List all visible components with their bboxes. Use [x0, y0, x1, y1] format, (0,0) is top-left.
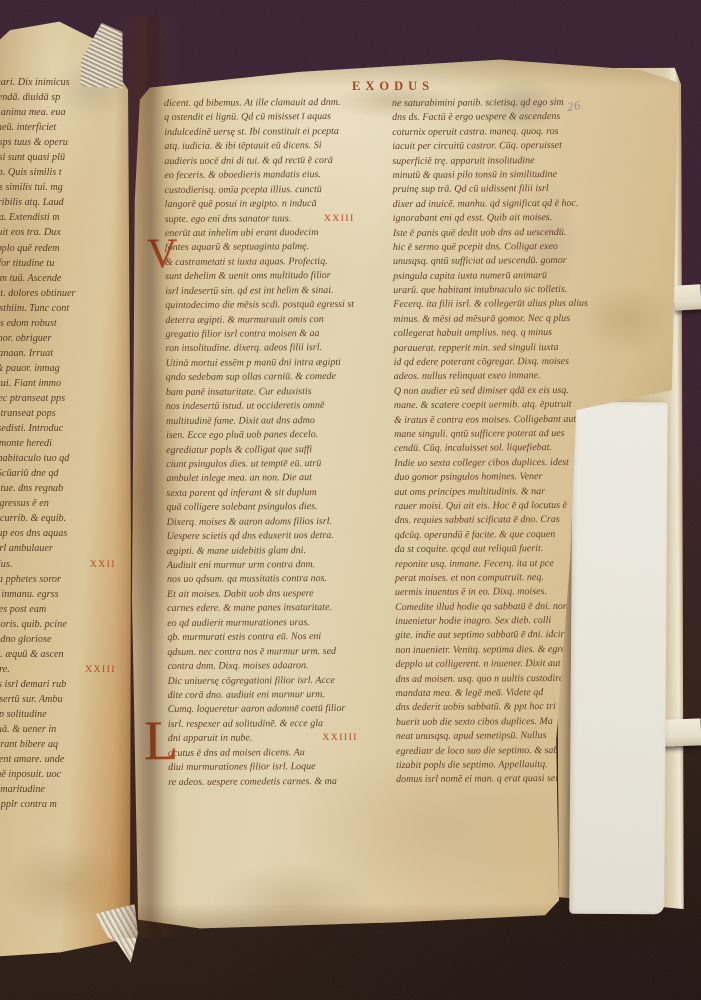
manuscript-text-line: ambulet inlege mea. an non. Die aut — [166, 471, 356, 487]
manuscript-text-line: iacuit per circuitū castror. Cūq. operui… — [392, 139, 572, 154]
manuscript-text-line: ron insolitudine. dixerq. adeos filii is… — [165, 341, 355, 357]
manuscript-text-line: ciunt psingulos dies. ut temptē eū. utrū — [166, 457, 356, 473]
chapter-numeral-rubric: XXIII — [85, 663, 116, 678]
manuscript-text-line: sub mersi sunt quasi plū — [0, 150, 116, 165]
manuscript-text-line: ocutus ē dns ad moisen dicens. Au — [168, 746, 358, 762]
manuscript-text-line: bant aquā. & uener in — [0, 722, 116, 737]
chapter-numeral-rubric: XXIIII — [322, 731, 357, 746]
manuscript-text-line: id qd edere poterant cōgregar. Dixq. moi… — [394, 355, 574, 370]
manuscript-text-line: medio eius. XXII — [0, 557, 116, 572]
manuscript-text-line: aculū scm tuū. Ascende — [0, 271, 116, 286]
manuscript-text-line: ultra. Ingressus ē en — [0, 496, 116, 511]
manuscript-text-line: arao cū currib. & equib. — [0, 511, 116, 526]
manuscript-text-line: deuo rauit eos tra. Dux — [0, 225, 116, 240]
manuscript-text-line: pruinę sup trā. Qd cū uidissent filii is… — [393, 182, 573, 197]
manuscript-text-line: ra. idē amaritudine — [0, 782, 116, 797]
manuscript-text-line: indulcedinē uersę st. Ibi constituit ei … — [164, 125, 354, 141]
manuscript-text-line: dns ds. Factū ē ergo uespere & ascendens — [392, 110, 572, 125]
manuscript-text-line: parauerat. repperit min. sed singuli iux… — [393, 341, 573, 356]
manuscript-text-line: audieris uocē dni di tui. & qd rectū ē c… — [164, 154, 354, 170]
manuscript-text-line: Cumq. loqueretur aaron adomnē coetū fili… — [168, 702, 358, 718]
left-page: medio mari. Dix inimicusæ cō phendā. diu… — [0, 14, 132, 960]
manuscript-text-line: eduxit sup eos dns aquas — [0, 526, 116, 541]
manuscript-text-line: unt indesertū sur. Ambu — [0, 692, 116, 707]
manuscript-text-line: s mulieres post eam — [0, 602, 116, 617]
manuscript-text-line: nec poterant bibere aq — [0, 737, 116, 752]
manuscript-photo: medio mari. Dix inimicusæ cō phendā. diu… — [0, 0, 701, 1000]
manuscript-text-line: unusqsq. qntū sufficiat ad uescendū. gom… — [393, 254, 573, 269]
manuscript-text-line: deterra ægipti. & murmurauit omis con — [165, 312, 355, 328]
bookmark-tab-lower — [662, 718, 701, 746]
manuscript-text-line: ficatus ē. æquū & ascen — [0, 647, 116, 662]
text-column-1: V L dicent. qd bibemus. At ille clamauit… — [164, 96, 358, 790]
manuscript-text-line: superficiē trę. apparuit insolitudine — [392, 153, 572, 168]
manuscript-text-line: quā colligere solebant psingulos dies. — [166, 500, 356, 516]
manuscript-text-line: egrediatur popls & colligat que suffi — [166, 442, 356, 458]
running-title: EXODUS — [352, 79, 434, 94]
manuscript-text-line: tores chanaan. Irruat — [0, 346, 116, 361]
rubric-initial-L: L — [144, 713, 179, 769]
manuscript-text-line: mirabilia. Extendisti m — [0, 210, 116, 225]
manuscript-text-line: dni apparuit in nube. XXIIII — [168, 731, 358, 747]
manuscript-text-line: mandata mea. & legē meā. Videte qd — [396, 686, 576, 701]
manuscript-text-line: Audiuit eni murmur urm contra dnm. — [167, 558, 357, 574]
manuscript-text-line: nos indesertū istud. ut occideretis omnē — [166, 399, 356, 415]
left-page-text-column: medio mari. Dix inimicusæ cō phendā. diu… — [0, 75, 116, 812]
manuscript-text-line: qdcūq. operandū ē facite. & que coquen — [395, 528, 575, 543]
manuscript-text-line: qndo sedebam sup ollas carniū. & comede — [166, 370, 356, 386]
manuscript-text-line: bam panē insaturitate. Cur eduxistis — [166, 385, 356, 401]
manuscript-text-line: hic ē sermo quē pcepit dns. Colligat exe… — [393, 240, 573, 255]
manuscript-text-line: cit inmare. XXIII — [0, 662, 116, 677]
manuscript-text-line: q ostendit ei lignū. Qd cū misisset ī aq… — [164, 110, 354, 126]
manuscript-text-line: irati sunt. dolores obtinuer — [0, 286, 116, 301]
manuscript-text-line: dns ad moisen. usq. quo n uultis custodi… — [396, 672, 576, 687]
manuscript-text-line: minus. & mēsi ad mēsurā gomor. Nec q plu… — [393, 312, 573, 327]
manuscript-text-line: urarū. que habitant intabnaculo sic toll… — [393, 283, 573, 298]
manuscript-text-line: eo feceris. & oboedieris mandatis eius. — [164, 168, 354, 184]
manuscript-text-line: ignorabant eni qd esst. Quib ait moises. — [393, 211, 573, 226]
manuscript-text-line: mania. pplo quē redem — [0, 241, 116, 256]
manuscript-text-line: Iste ē panis quē dedit uob dns ad uescen… — [393, 225, 573, 240]
manuscript-text-line: dne. quis similis tui. mg — [0, 180, 116, 195]
manuscript-text-line: Q non audier eū sed dimiser qdā ex eis u… — [394, 384, 574, 399]
manuscript-text-line: inuenietur hodie inagro. Sex dieb. colli — [395, 614, 575, 629]
manuscript-text-line: b. dieb. p solitudine — [0, 707, 116, 722]
manuscript-text-line: Utinā mortui essēm p manū dni intra ægip… — [166, 356, 356, 372]
manuscript-text-line: ne saturabimini panib. scietisq. qd ego … — [392, 96, 572, 111]
manuscript-text-line: loci nomē inposuit. uoc — [0, 767, 116, 782]
manuscript-text-line: buerit uob die sexto cibos duplices. Ma — [396, 715, 576, 730]
manuscript-text-line: isrl indesertū sin. qd est int helim & s… — [165, 284, 355, 300]
manuscript-text-line: Cantem dno gloriose — [0, 632, 116, 647]
chapter-numeral-rubric: XXIII — [324, 211, 355, 226]
manuscript-text-line: æ cō phendā. diuidā sp — [0, 90, 116, 105]
manuscript-text-line: auit tremor. obriguer — [0, 331, 116, 346]
manuscript-text-line: sti eū infor titudine tu — [0, 256, 116, 271]
manuscript-text-line: tissimo habitaculo tuo qd — [0, 451, 116, 466]
manuscript-text-line: domus isrl nomē ei man. q erat quasi sem… — [396, 772, 576, 787]
manuscript-text-line: cendū. Cūq. incaluisset sol. liquefiebat… — [394, 441, 574, 456]
manuscript-text-line: principes edom robust — [0, 316, 116, 331]
manuscript-text-line: psingula capita iuxta numerū animarū — [393, 269, 573, 284]
manuscript-text-line: vehemtib. Quis similis t — [0, 165, 116, 180]
manuscript-text-line: sunt dehelim & uenit oms multitudo filio… — [165, 269, 355, 285]
manuscript-text-line: qb. murmurati estis contra eū. Nos eni — [167, 630, 357, 646]
manuscript-text-line: tabis in monte heredi — [0, 436, 116, 451]
manuscript-text-line: tizabit popls die septimo. Appellauitq. — [396, 758, 576, 773]
manuscript-text-line: rauer moisi. Qui ait eis. Hoc ē qd locut… — [394, 499, 574, 514]
manuscript-text-line: donec p transeat pops — [0, 406, 116, 421]
text-column-2: ne saturabimini panib. scietisq. qd ego … — [392, 96, 576, 788]
manuscript-text-line: nis & choris. quib. pcine — [0, 617, 116, 632]
manuscript-text-line: re adeos. uespere comedetis carnes. & ma — [168, 774, 358, 790]
manuscript-text-line: dite corā dno. audiuit eni murmur urm. — [168, 688, 358, 704]
manuscript-text-line: egrediatr de loco suo die septimo. & sab… — [396, 743, 576, 758]
page-corner-curl — [77, 21, 134, 94]
manuscript-text-line: atq. iudicia. & ibi tēptauit eū dicens. … — [164, 139, 354, 155]
manuscript-text-line: Comedite illud hodie qa sabbatū ē dni. n… — [395, 600, 575, 615]
manuscript-text-line: nos uo qdsum. qa mussitatis contra nos. — [167, 572, 357, 588]
manuscript-text-line: reponite usq. inmane. Fecerq. ita ut pce — [395, 556, 575, 571]
manuscript-text-line: custodierisq. omīa pcepta illius. cunctū — [165, 182, 355, 198]
manuscript-text-line: plebitur anima mea. eua — [0, 105, 116, 120]
manuscript-text-line: quē possedisti. Introduc — [0, 421, 116, 436]
manuscript-text-line: res philisthiim. Tunc cont — [0, 301, 116, 316]
rubric-initial-V: V — [147, 233, 178, 275]
manuscript-text-line: dns. requies sabbati scificata ē dno. Cr… — [395, 513, 575, 528]
manuscript-text-line: Dixerq. moises & aaron adoms filios isrl… — [167, 515, 357, 531]
manuscript-text-line: dixer ad inuicē. manhu. qd significat qd… — [393, 197, 573, 212]
manuscript-text-line: supte. ego eni dns sanator tuus. XXIII — [165, 211, 355, 227]
manuscript-text-line: Uespere scietis qd dns eduxerit uos detr… — [167, 529, 357, 545]
manuscript-text-line: neat unusqsq. apud semetipsū. Nullus — [396, 729, 576, 744]
manuscript-text-line: Et ait moises. Dabit uob dns uespere — [167, 587, 357, 603]
manuscript-text-line: qdsum. nec contra nos ē murmur urm. sed — [167, 644, 357, 660]
manuscript-text-line: enerūt aut inhelim ubi erant duodecim — [165, 226, 355, 242]
manuscript-text-line: collegerat habuit amplius. neq. q minus — [393, 326, 573, 341]
manuscript-text-line: da st coquite. qcqd aut reliquū fuerit. — [395, 542, 575, 557]
manuscript-text-line: gregatio filior isrl contra moisen & aa — [165, 327, 355, 343]
manuscript-text-line: quintodecimo die mēsis scdi. postquā egr… — [165, 298, 355, 314]
manuscript-text-line: adeos. nullus relinquat exeo inmane. — [394, 369, 574, 384]
manuscript-text-line: it moises isrl demari rub — [0, 677, 116, 692]
manuscript-text-line: isen. Ecce ego pluā uob panes decelo. — [166, 428, 356, 444]
manuscript-text-line: multitudinē fame. Dixit aut dns admo — [166, 413, 356, 429]
manuscript-text-line: langorē quē posui in ægipto. n inducā — [165, 197, 355, 213]
manuscript-text-line: uermis inuentus ē in eo. Dixq. moises. — [395, 585, 575, 600]
manuscript-text-line: contra dnm. Dixq. moises adaaron. — [167, 659, 357, 675]
manuscript-text-line: perat moises. et non computruit. neq. — [395, 571, 575, 586]
manuscript-text-line: r mido & pauor. inmag — [0, 361, 116, 376]
manuscript-text-line: gladiū meū. interficiet — [0, 120, 116, 135]
manuscript-text-line: o qd essent amare. unde — [0, 752, 116, 767]
inserted-bookmark-card — [569, 402, 668, 915]
manuscript-text-line: coturnix operuit castra. maneq. quoq. ro… — [392, 125, 572, 140]
manuscript-text-line: fontes aquarū & septuaginta palmę. — [165, 240, 355, 256]
manuscript-text-line: . Flauit sps tuus & operu — [0, 135, 116, 150]
manuscript-text-line: brachii tui. Fiant immo — [0, 376, 116, 391]
manuscript-text-line: murauit pplr contra m — [0, 797, 116, 812]
manuscript-text-line: go maria pphetes soror — [0, 572, 116, 587]
manuscript-text-line: mane. & scatere coepit uermib. atq. ēput… — [394, 398, 574, 413]
bookmark-tab-upper — [673, 284, 701, 310]
manuscript-text-line: depplo ut colligerent. n inuener. Dixit … — [395, 657, 575, 672]
manuscript-text-line: non inuenietr. Venitq. septima dies. & e… — [395, 643, 575, 658]
manuscript-text-line: eo qd audierit murmurationes uras. — [167, 616, 357, 632]
manuscript-text-line: Fecerq. ita filii isrl. & collegerūt ali… — [393, 297, 573, 312]
manuscript-text-line: es dne. Scūariū dne qd — [0, 466, 116, 481]
chapter-numeral-rubric: XXII — [90, 558, 116, 573]
manuscript-text-line: aut oms principes multitudinis. & nar — [394, 484, 574, 499]
manuscript-text-line: duo gomor psingulos homines. Vener — [394, 470, 574, 485]
manuscript-text-line: diui murmurationes filior isrl. Loque — [168, 760, 358, 776]
manuscript-text-line: mane singuli. qntū sufficere poterat ad … — [394, 427, 574, 442]
manuscript-text-line: Dic uniuersę cōgregationi filior isrl. A… — [168, 673, 358, 689]
manuscript-text-line: & iratus ē contra eos moises. Colligeban… — [394, 412, 574, 427]
manuscript-text-line: gite. indie aut septimo sabbatū ē dni. i… — [395, 628, 575, 643]
manuscript-text-line: mphanū inmanu. egrss — [0, 587, 116, 602]
manuscript-text-line: sexta parent qd inferant & sit duplum — [166, 486, 356, 502]
manuscript-text-line: tate. terribilis atq. Laud — [0, 195, 116, 210]
manuscript-text-line: & castrametati st iuxta aquas. Profectiq… — [165, 255, 355, 271]
manuscript-text-line: dns dederit uobis sabbatū. & ppt hoc tri — [396, 700, 576, 715]
manuscript-text-line: Indie uo sexta colleger cibos duplices. … — [394, 456, 574, 471]
manuscript-text-line: minutū & quasi pilo tonsū in similitudin… — [392, 168, 572, 183]
manuscript-text-line: dicent. qd bibemus. At ille clamauit ad … — [164, 96, 354, 112]
manuscript-text-line: ægipti. & mane uidebitis glam dni. — [167, 543, 357, 559]
manuscript-text-line: lii aut isrl ambulauer — [0, 541, 116, 556]
manuscript-text-line: carnes edere. & mane panes insaturitate. — [167, 601, 357, 617]
manuscript-text-line: t manus tue. dns regnab — [0, 481, 116, 496]
manuscript-text-line: dis. donec ptranseat pps — [0, 391, 116, 406]
manuscript-text-line: isrl. respexer ad solitudinē. & ecce gla — [168, 717, 358, 733]
